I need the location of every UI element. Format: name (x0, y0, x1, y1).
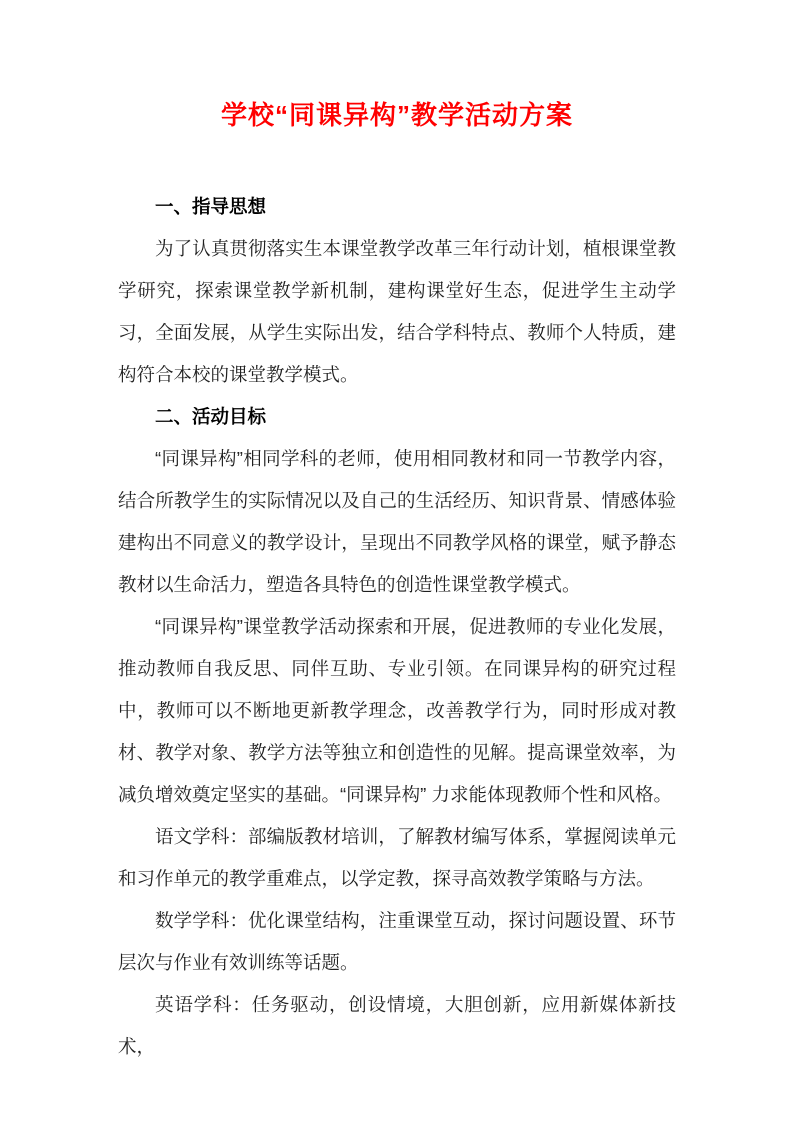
document-page: 学校“同课异构”教学活动方案 一、指导思想 为了认真贯彻落实生本课堂教学改革三年… (0, 0, 793, 1122)
paragraph-same-lesson-different-design: “同课异构”相同学科的老师，使用相同教材和同一节教学内容，结合所教学生的实际情况… (118, 438, 676, 606)
document-body: 一、指导思想 为了认真贯彻落实生本课堂教学改革三年行动计划，植根课堂教学研究，探… (118, 186, 676, 1068)
paragraph-math-subject: 数学学科：优化课堂结构，注重课堂互动，探讨问题设置、环节层次与作业有效训练等话题… (118, 900, 676, 984)
paragraph-teacher-professional-development: “同课异构”课堂教学活动探索和开展，促进教师的专业化发展，推动教师自我反思、同伴… (118, 606, 676, 816)
section-heading-activity-goals: 二、活动目标 (118, 396, 676, 438)
paragraph-chinese-subject: 语文学科：部编版教材培训，了解教材编写体系，掌握阅读单元和习作单元的教学重难点，… (118, 816, 676, 900)
paragraph-guiding-ideology: 为了认真贯彻落实生本课堂教学改革三年行动计划，植根课堂教学研究，探索课堂教学新机… (118, 228, 676, 396)
section-heading-guiding-ideology: 一、指导思想 (118, 186, 676, 228)
document-title: 学校“同课异构”教学活动方案 (118, 98, 676, 132)
paragraph-english-subject: 英语学科：任务驱动，创设情境，大胆创新，应用新媒体新技术， (118, 984, 676, 1068)
